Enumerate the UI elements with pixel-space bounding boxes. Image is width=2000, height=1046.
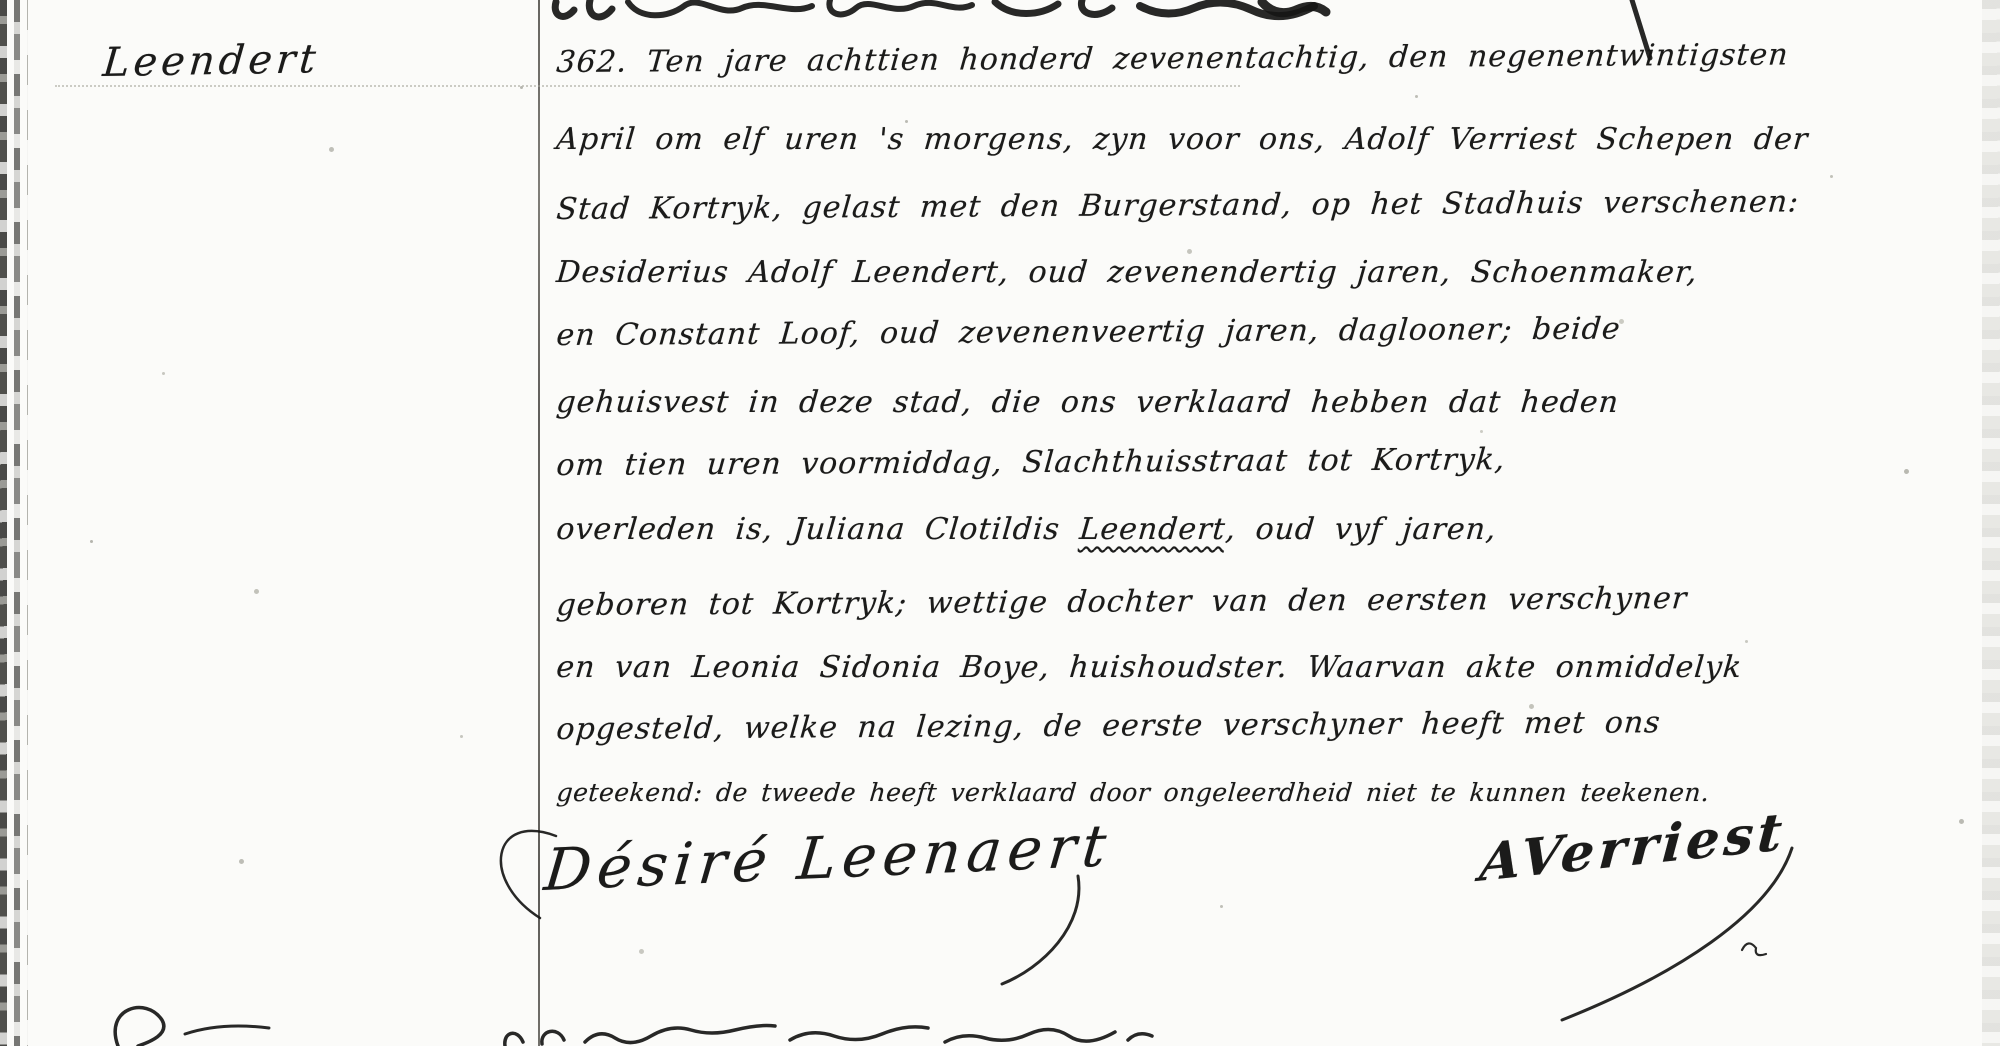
scan-left-edge-streak xyxy=(0,0,7,1046)
official-signature-flourish: AVerriest xyxy=(1478,801,1788,893)
act-line-4: Desiderius Adolf Leendert, oud zevenende… xyxy=(555,255,1699,290)
clipped-header-script xyxy=(555,0,1326,17)
act-line-8-pre: overleden is, Juliana Clotildis xyxy=(555,512,1081,547)
act-line-2: April om elf uren 's morgens, zyn voor o… xyxy=(555,122,1810,157)
act-line-1: 362. Ten jare achttien honderd zevenenta… xyxy=(555,37,1790,80)
document-scan-page: { "margin": { "entry_name": "Leendert" }… xyxy=(0,0,2000,1046)
scan-noise-specks xyxy=(0,0,3,3)
underlined-surname: Leendert xyxy=(1078,512,1227,547)
margin-entry-name: Leendert xyxy=(101,36,322,86)
act-line-5: en Constant Loof, oud zevenenveertig jar… xyxy=(555,312,1622,353)
act-line-9: geboren tot Kortryk; wettige dochter van… xyxy=(555,581,1689,623)
act-line-11: opgesteld, welke na lezing, de eerste ve… xyxy=(555,705,1662,747)
scan-right-edge-band xyxy=(1982,0,2000,1046)
act-line-6: gehuisvest in deze stad, die ons verklaa… xyxy=(555,385,1621,420)
act-line-8: overleden is, Juliana Clotildis Leendert… xyxy=(555,512,1498,547)
act-line-10: en van Leonia Sidonia Boye, huishoudster… xyxy=(555,650,1744,685)
scan-left-edge-hairline xyxy=(27,0,28,1046)
declarant-signature: Désiré Leenaert xyxy=(541,811,1115,904)
dotted-guideline xyxy=(55,85,1240,87)
next-entry-margin-fragment xyxy=(115,1008,269,1046)
act-line-7: om tien uren voormiddag, Slachthuisstraa… xyxy=(555,442,1507,483)
act-line-8-post: , oud vyf jaren, xyxy=(1224,512,1498,547)
act-line-3: Stad Kortryk, gelast met den Burgerstand… xyxy=(555,184,1800,227)
scan-left-edge-streak-2 xyxy=(14,0,20,1046)
act-line-12: geteekend: de tweede heeft verklaard doo… xyxy=(555,778,1710,807)
column-divider-rule xyxy=(538,0,540,1046)
next-entry-text-fragment xyxy=(505,1026,1152,1046)
